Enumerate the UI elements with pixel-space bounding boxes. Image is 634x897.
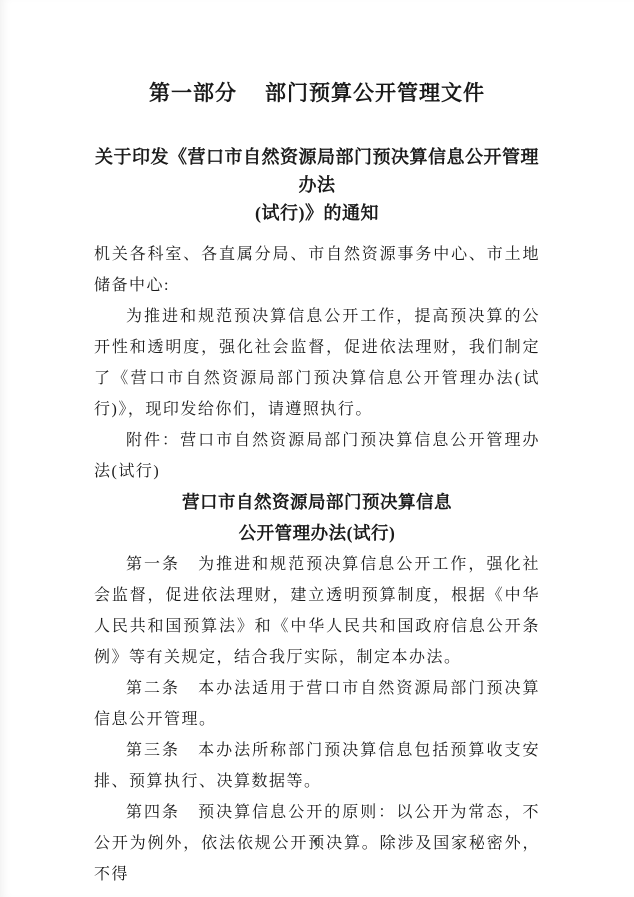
section-heading: 第一部分部门预算公开管理文件 (94, 0, 540, 105)
notice-title-line-1: 关于印发《营口市自然资源局部门预决算信息公开管理办法 (94, 143, 540, 199)
measures-title-line-2: 公开管理办法(试行) (94, 518, 540, 549)
attachment-line: 附件：营口市自然资源局部门预决算信息公开管理办法(试行) (94, 425, 540, 487)
salutation-paragraph: 机关各科室、各直属分局、市自然资源事务中心、市土地储备中心: (94, 239, 540, 301)
measures-title: 营口市自然资源局部门预决算信息 公开管理办法(试行) (94, 487, 540, 549)
article-1-paragraph: 第一条 为推进和规范预决算信息公开工作，强化社会监督，促进依法理财，建立透明预算… (94, 549, 540, 673)
notice-title: 关于印发《营口市自然资源局部门预决算信息公开管理办法 (试行)》的通知 (94, 143, 540, 227)
page-number: 8 (0, 834, 634, 849)
article-3-paragraph: 第三条 本办法所称部门预决算信息包括预算收支安排、预算执行、决算数据等。 (94, 735, 540, 797)
notice-title-line-2: (试行)》的通知 (94, 199, 540, 227)
section-title: 部门预算公开管理文件 (265, 82, 485, 105)
measures-title-line-1: 营口市自然资源局部门预决算信息 (94, 487, 540, 518)
section-part-label: 第一部分 (149, 82, 237, 105)
document-body: 机关各科室、各直属分局、市自然资源事务中心、市土地储备中心: 为推进和规范预决算… (94, 239, 540, 890)
article-2-paragraph: 第二条 本办法适用于营口市自然资源局部门预决算信息公开管理。 (94, 673, 540, 735)
page-content: 第一部分部门预算公开管理文件 关于印发《营口市自然资源局部门预决算信息公开管理办… (94, 0, 540, 890)
intro-paragraph: 为推进和规范预决算信息公开工作，提高预决算的公开性和透明度，强化社会监督，促进依… (94, 301, 540, 425)
document-page: 第一部分部门预算公开管理文件 关于印发《营口市自然资源局部门预决算信息公开管理办… (0, 0, 634, 897)
